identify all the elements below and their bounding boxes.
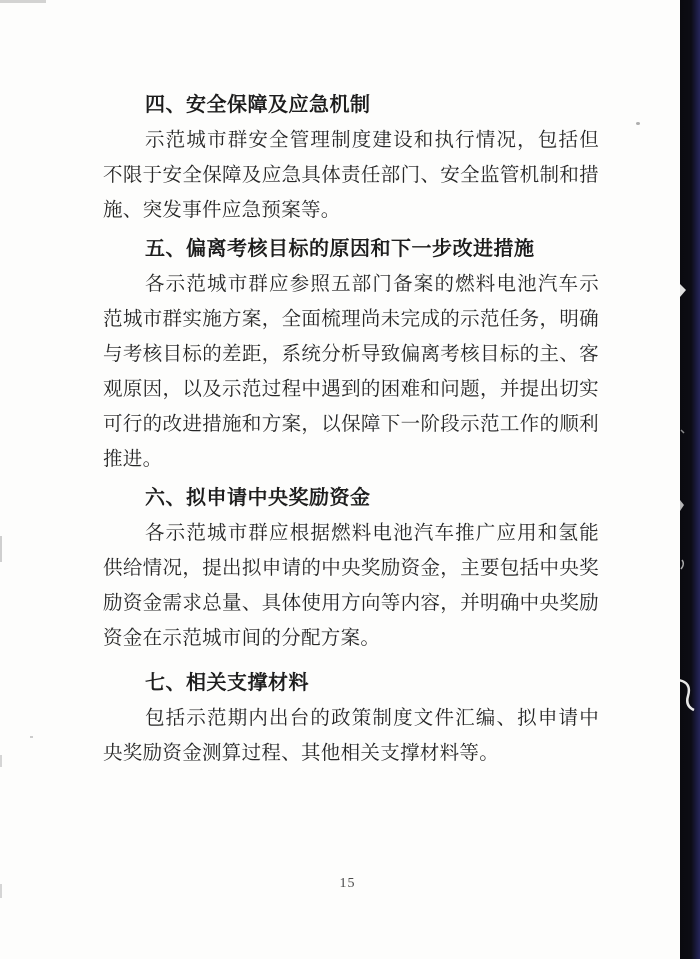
section-6-central-reward-funds: 六、拟申请中央奖励资金 各示范城市群应根据燃料电池汽车推广应用和氢能供给情况，提…: [103, 481, 599, 656]
scan-artifact-top-left-smudge: [0, 0, 46, 3]
section-7-supporting-materials: 七、相关支撑材料 包括示范期内出台的政策制度文件汇编、拟申请中央奖励资金测算过程…: [103, 666, 599, 771]
scan-edge-marks: [680, 0, 700, 959]
section-heading: 七、相关支撑材料: [103, 666, 599, 701]
scan-edge-band: [680, 0, 700, 959]
section-paragraph: 各示范城市群应根据燃料电池汽车推广应用和氢能供给情况，提出拟申请的中央奖励资金，…: [103, 516, 599, 656]
section-paragraph: 各示范城市群应参照五部门备案的燃料电池汽车示范城市群实施方案，全面梳理尚未完成的…: [103, 267, 599, 477]
section-paragraph: 包括示范期内出台的政策制度文件汇编、拟申请中央奖励资金测算过程、其他相关支撑材料…: [103, 701, 599, 771]
scan-artifact-speck: [30, 736, 33, 738]
scan-artifact-dot: [636, 122, 640, 125]
document-content: 四、安全保障及应急机制 示范城市群安全管理制度建设和执行情况，包括但不限于安全保…: [103, 88, 599, 771]
scanned-document-page: 四、安全保障及应急机制 示范城市群安全管理制度建设和执行情况，包括但不限于安全保…: [0, 0, 700, 959]
section-5-deviation-causes: 五、偏离考核目标的原因和下一步改进措施 各示范城市群应参照五部门备案的燃料电池汽…: [103, 232, 599, 477]
section-paragraph: 示范城市群安全管理制度建设和执行情况，包括但不限于安全保障及应急具体责任部门、安…: [103, 123, 599, 228]
scan-artifact-left-edge-mark: [0, 755, 2, 767]
page-number: 15: [0, 876, 695, 892]
scan-artifact-left-edge-mark: [0, 536, 2, 562]
section-heading: 四、安全保障及应急机制: [103, 88, 599, 123]
section-4-safety-mechanism: 四、安全保障及应急机制 示范城市群安全管理制度建设和执行情况，包括但不限于安全保…: [103, 88, 599, 228]
section-heading: 五、偏离考核目标的原因和下一步改进措施: [103, 232, 599, 267]
section-heading: 六、拟申请中央奖励资金: [103, 481, 599, 516]
